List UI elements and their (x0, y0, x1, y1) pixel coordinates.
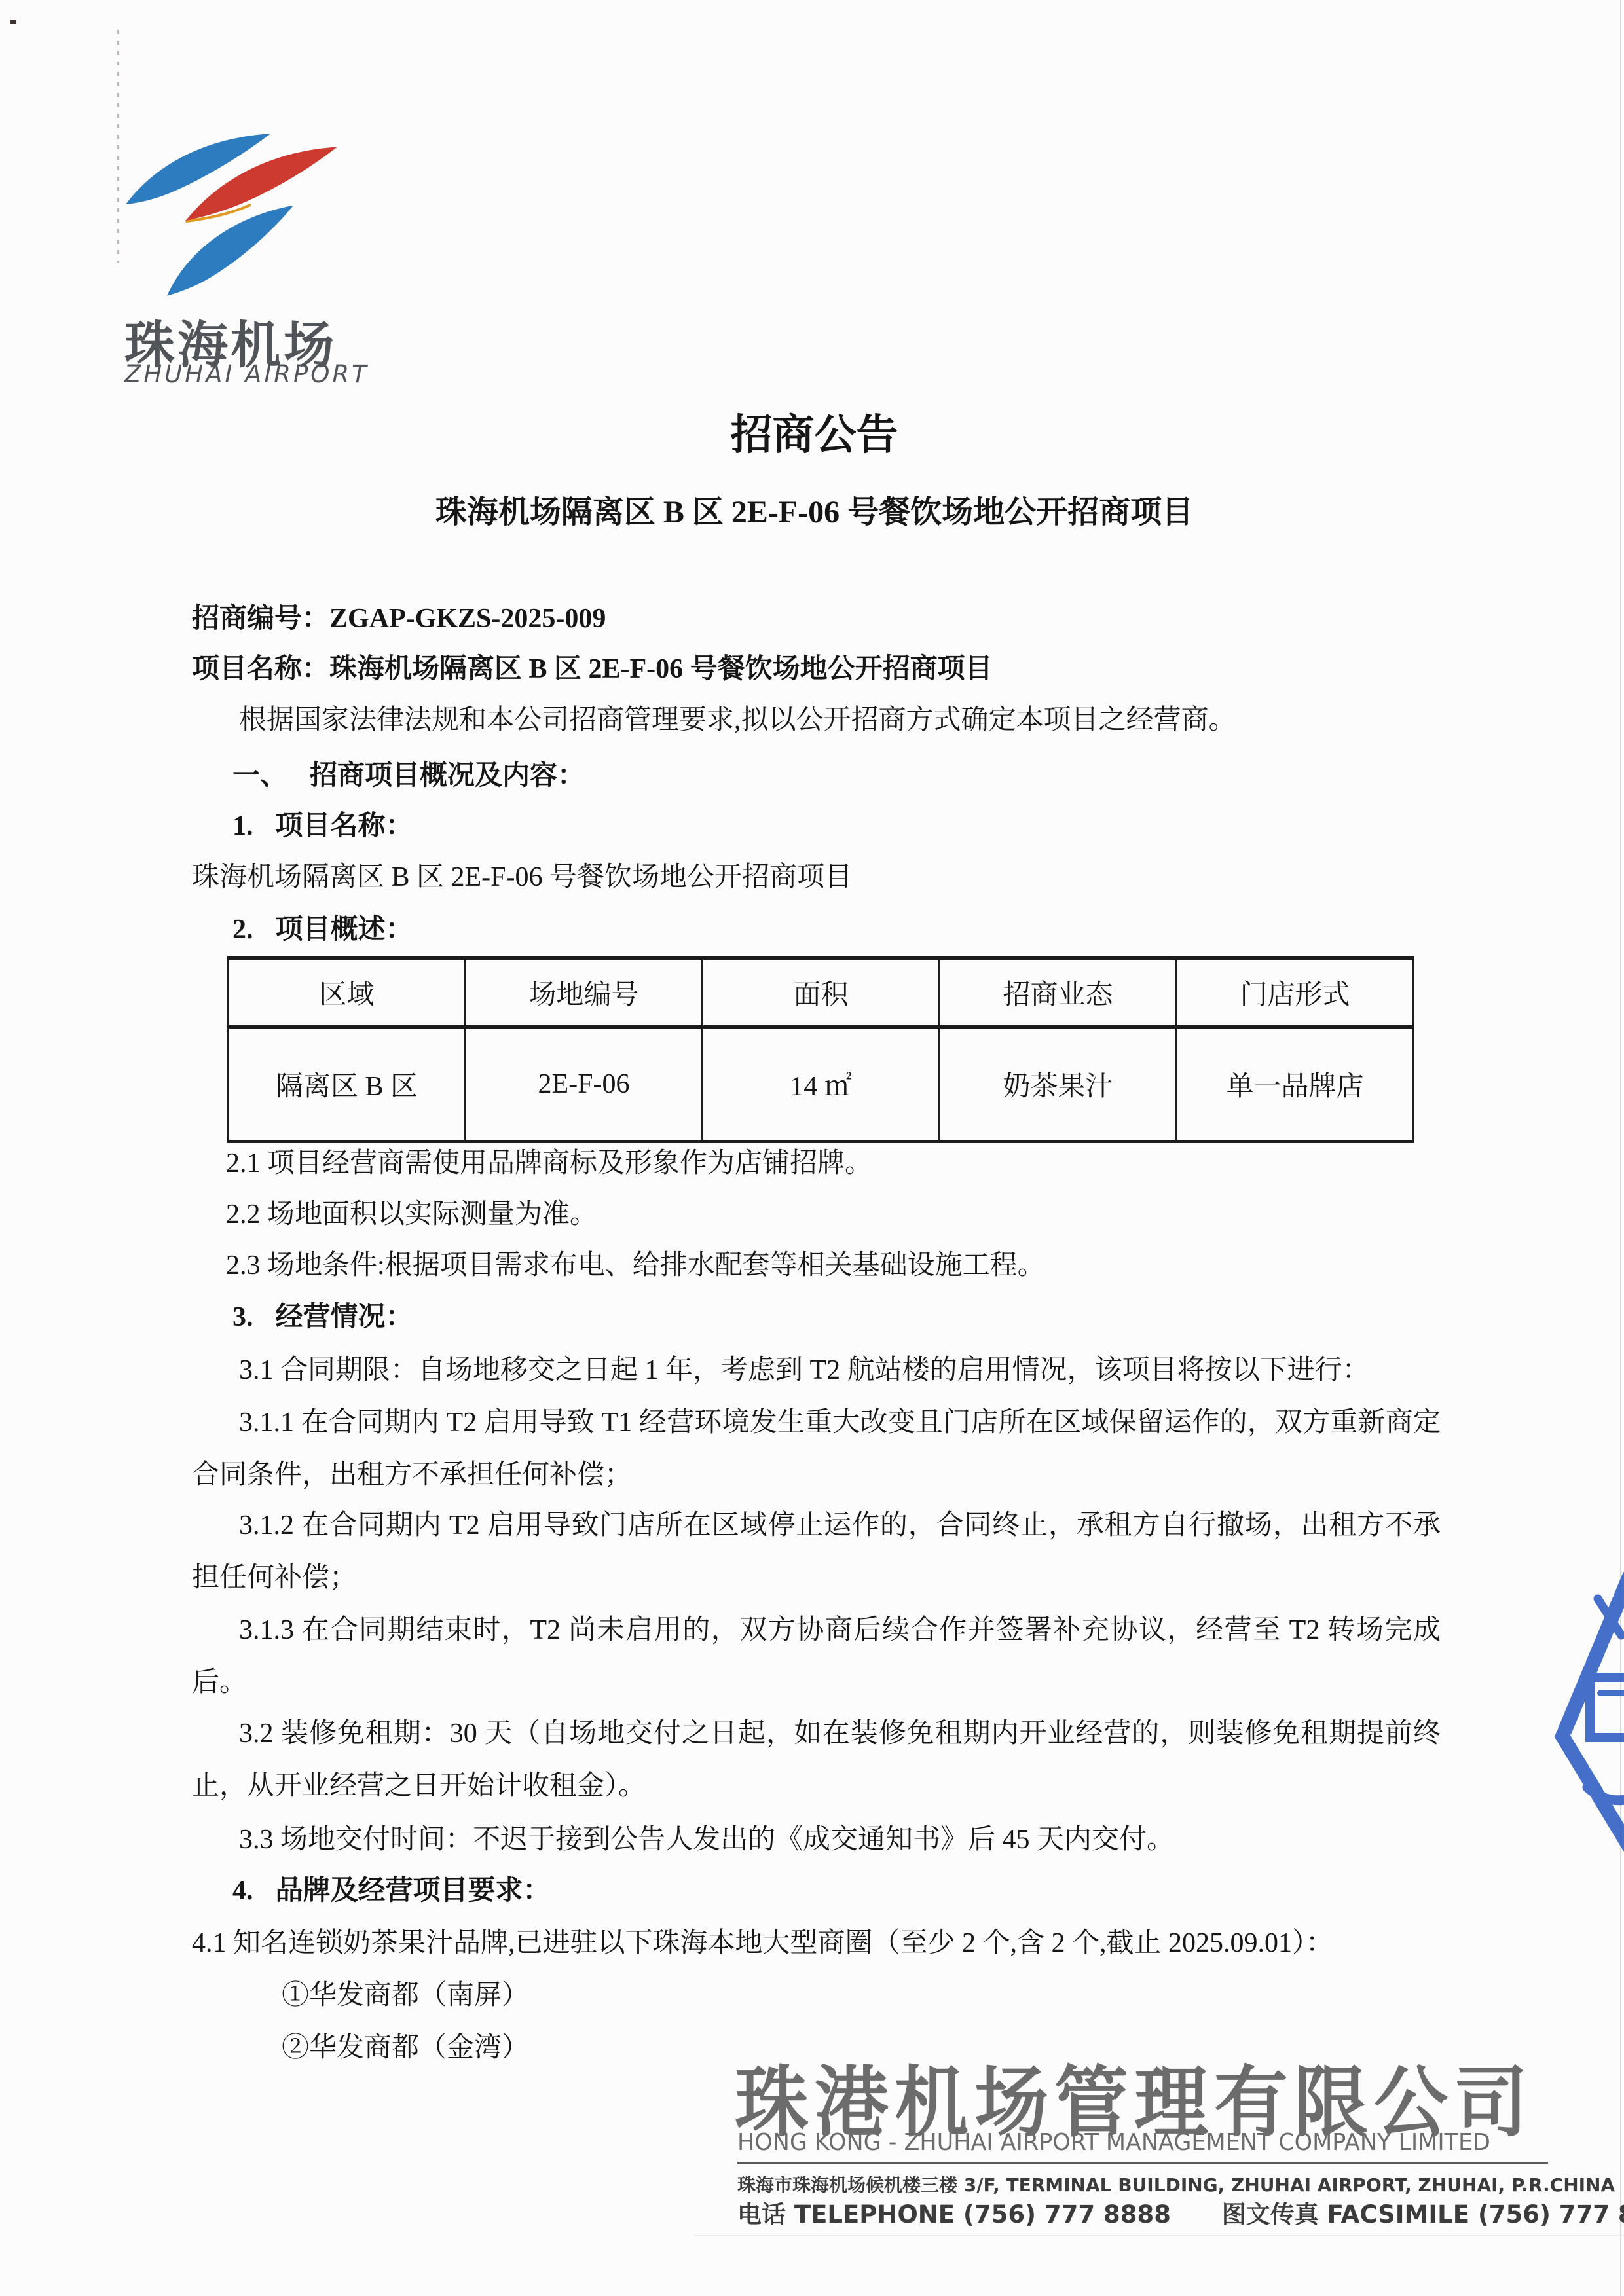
footer-facsimile-label: 图文传真 FACSIMILE (1222, 2200, 1469, 2229)
clause-3-2: 3.2 装修免租期：30 天（自场地交付之日起，如在装修免租期内开业经营的，则装… (192, 1707, 1441, 1812)
airport-swoosh-icon (119, 130, 342, 300)
section-1-title: 招商项目概况及内容： (310, 750, 585, 802)
heading-1-title: 项目名称： (276, 800, 413, 852)
heading-1-number: 1. (232, 800, 253, 852)
project-name-line: 项目名称：珠海机场隔离区 B 区 2E-F-06 号餐饮场地公开招商项目 (192, 643, 1441, 695)
table-header-cell: 场地编号 (466, 958, 703, 1027)
table-cell-store-format: 单一品牌店 (1177, 1027, 1414, 1142)
scan-streak-artifact (694, 2235, 1624, 2236)
heading-2-number: 2. (232, 903, 253, 956)
section-1-number: 一、 (232, 750, 287, 802)
clause-3-1: 3.1 合同期限：自场地移交之日起 1 年，考虑到 T2 航站楼的启用情况，该项… (192, 1344, 1441, 1396)
project-name-paragraph: 珠海机场隔离区 B 区 2E-F-06 号餐饮场地公开招商项目 (192, 851, 1441, 903)
heading-2-title: 项目概述： (276, 903, 413, 956)
table-header-cell: 门店形式 (1177, 958, 1414, 1027)
clause-3-1-2: 3.1.2 在合同期内 T2 启用导致门店所在区域停止运作的，合同终止，承租方自… (192, 1499, 1441, 1604)
project-name-value: 珠海机场隔离区 B 区 2E-F-06 号餐饮场地公开招商项目 (329, 654, 993, 684)
scan-speck-artifact (10, 20, 16, 24)
table-cell-site-code: 2E-F-06 (466, 1027, 703, 1142)
clause-4-1: 4.1 知名连锁奶茶果汁品牌,已进驻以下珠海本地大型商圈（至少 2 个,含 2 … (192, 1917, 1441, 1969)
footer-address: 珠海市珠海机场候机楼三楼 3/F, TERMINAL BUILDING, ZHU… (737, 2171, 1562, 2197)
footer-telephone-label: 电话 TELEPHONE (737, 2200, 955, 2229)
clause-3-1-3: 3.1.3 在合同期结束时，T2 尚未启用的，双方协商后续合作并签署补充协议，经… (192, 1604, 1441, 1709)
table-header-cell: 面积 (703, 958, 940, 1027)
heading-1: 1.项目名称： (192, 800, 1481, 852)
project-overview-table: 区域 场地编号 面积 招商业态 门店形式 隔离区 B 区 2E-F-06 14 … (227, 956, 1414, 1143)
clause-2-1: 2.1 项目经营商需使用品牌商标及形象作为店铺招牌。 (192, 1137, 1475, 1190)
table-row: 隔离区 B 区 2E-F-06 14 ㎡ 奶茶果汁 单一品牌店 (229, 1027, 1414, 1142)
mall-item-1: ①华发商都（南屏） (192, 1969, 1530, 2022)
logo-english-name: ZHUHAI AIRPORT (124, 360, 341, 388)
document-title: 招商公告 (190, 407, 1439, 464)
scanned-document-page: 珠海机场 ZHUHAI AIRPORT 招商公告 珠海机场隔离区 B 区 2E-… (0, 0, 1624, 2296)
tender-code-line: 招商编号：ZGAP-GKZS-2025-009 (192, 592, 1441, 645)
table-cell-area: 隔离区 B 区 (229, 1027, 466, 1142)
intro-paragraph: 根据国家法律法规和本公司招商管理要求,拟以公开招商方式确定本项目之经营商。 (192, 694, 1441, 746)
table-cell-size: 14 ㎡ (703, 1027, 940, 1142)
footer-divider (737, 2162, 1548, 2164)
blue-seal-stamp-icon (1538, 1571, 1624, 1853)
heading-3-number: 3. (232, 1291, 253, 1343)
tender-code-label: 招商编号： (192, 604, 329, 634)
table-cell-business-type: 奶茶果汁 (940, 1027, 1177, 1142)
heading-4-number: 4. (232, 1865, 253, 1917)
zhuhai-airport-logo: 珠海机场 ZHUHAI AIRPORT (119, 130, 342, 392)
heading-3-title: 经营情况： (276, 1291, 413, 1343)
clause-2-2: 2.2 场地面积以实际测量为准。 (192, 1188, 1475, 1241)
heading-4: 4.品牌及经营项目要求： (192, 1865, 1481, 1917)
heading-4-title: 品牌及经营项目要求： (276, 1865, 551, 1917)
table-header-cell: 招商业态 (940, 958, 1177, 1027)
footer-company-name-en: HONG KONG - ZHUHAI AIRPORT MANAGEMENT CO… (737, 2129, 1532, 2156)
table-header-cell: 区域 (229, 958, 466, 1027)
scan-edge-line (1620, 0, 1621, 2296)
heading-3: 3.经营情况： (192, 1291, 1481, 1343)
footer-facsimile-value: (756) 777 8325 (1478, 2200, 1624, 2229)
section-1-heading: 一、招商项目概况及内容： (192, 750, 1481, 802)
clause-2-3: 2.3 场地条件:根据项目需求布电、给排水配套等相关基础设施工程。 (192, 1239, 1475, 1292)
clause-3-3: 3.3 场地交付时间：不迟于接到公告人发出的《成交通知书》后 45 天内交付。 (192, 1813, 1441, 1866)
tender-code-value: ZGAP-GKZS-2025-009 (329, 604, 606, 634)
clause-3-1-1: 3.1.1 在合同期内 T2 启用导致 T1 经营环境发生重大改变且门店所在区域… (192, 1396, 1441, 1501)
footer-contact-line: 电话 TELEPHONE (756) 777 8888 图文传真 FACSIMI… (737, 2195, 1562, 2230)
table-header-row: 区域 场地编号 面积 招商业态 门店形式 (229, 958, 1414, 1027)
document-subtitle: 珠海机场隔离区 B 区 2E-F-06 号餐饮场地公开招商项目 (190, 490, 1439, 536)
footer-telephone-value: (756) 777 8888 (963, 2200, 1171, 2229)
heading-2: 2.项目概述： (192, 903, 1481, 956)
project-name-label: 项目名称： (192, 654, 329, 684)
